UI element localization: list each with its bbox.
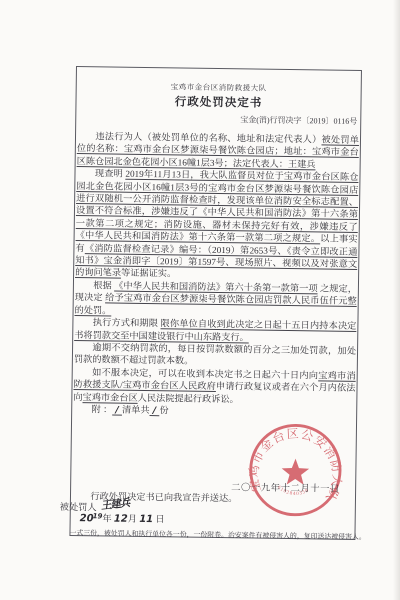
filled-blank-text: 《消防监督检查记录》编号：（2019）第2653号、《责令立即改正通知书》宝金消… [75,243,357,278]
filled-blank-text: / [150,405,160,416]
filled-blank-text: 2019年11月13日，我大队监督员对位于宝鸡市金台区陈仓园北金色花园小区16幢… [76,169,359,244]
paragraph: 逾期不交纳罚款的，每日按罚款数额的百分之三加处罚款，加处罚款的数额不超过罚款本数… [74,341,356,370]
month-label: 月 [128,514,137,524]
paragraph: 根据 《中华人民共和国消防法》第六十条第一款第一项 之规定，现决定 给予宝鸡市金… [75,279,357,320]
handwritten-day: 11 [139,514,153,525]
handwritten-year-small: 19 [93,512,103,520]
handwritten-year: 20 [80,513,94,524]
form-printed-text: 逾期不交纳罚款的，每日按罚款数额的百分之三加处罚款，加处罚款的数额不超过罚款本数… [74,342,356,366]
filled-blank-text: 给予宝鸡市金台区梦源柒号餐饮陈仓园店罚款人民币伍仟元整的处罚。 [75,293,357,315]
paragraph: 现查明 2019年11月13日，我大队监督员对位于宝鸡市金台区陈仓园北金色花园小… [75,167,359,283]
handwritten-date-line: 2019年 12月 11 日 [80,513,165,525]
document-page: 宝鸡市金台区消防救援大队 行政处罚决定书 宝金(消)行罚决字〔2019〕0116… [69,66,362,540]
paragraph: 如不服本决定，可以在收到本决定书之日起六十日内向宝鸡市消防救援支队/宝鸡市金台区… [73,366,355,407]
document-title: 行政处罚决定书 [77,95,359,112]
body-paragraphs: 违法行为人（被处罚单位的名称、地址和法定代表人）被处罚单位的名称：宝鸡市金台区梦… [73,130,359,420]
paragraph: 执行方式和期限 限你单位自收到此决定之日起十五日内持本决定书将罚款交至中国建设银… [74,316,356,345]
form-printed-text: 根据 [93,280,114,290]
decision-date: 二〇一九年十二月十一日 [231,479,340,495]
handwritten-month: 12 [114,514,128,525]
paragraph: 违法行为人（被处罚单位的名称、地址和法定代表人）被处罚单位的名称：宝鸡市金台区梦… [77,130,359,171]
filled-blank-text: 宝鸡市金台区 [83,392,138,403]
paragraph: 附 ： / 清单共 / 份 [73,403,355,420]
form-printed-text: 份 [159,405,168,415]
signer-label: 被处罚人 [60,502,97,513]
handwritten-signature: 王建兵 [100,498,130,512]
form-border-box: 宝鸡市金台区消防救援大队 行政处罚决定书 宝金(消)行罚决字〔2019〕0116… [69,66,362,540]
scanned-document: 宝鸡市金台区消防救援大队 行政处罚决定书 宝金(消)行罚决字〔2019〕0116… [0,0,400,600]
form-printed-text: 如不服本决定，可以在收到本决定书之日起六十日内向 [92,367,318,380]
document-number: 宝金(消)行罚决字〔2019〕0116号 [77,113,359,126]
form-printed-text: 现查明 [95,168,126,178]
filled-blank-text: 《中华人民共和国消防法》第六十条第一款第一项 [114,280,318,293]
issuing-unit-name: 宝鸡市金台区消防救援大队 [78,81,360,94]
form-printed-text: 附 ： [92,404,113,414]
form-printed-text: 人民法院提起行政诉讼。 [138,392,239,403]
form-printed-text: 清单共 [122,405,150,415]
form-printed-text: 等证据证实。 [121,268,176,279]
filled-blank-text: / [112,404,122,415]
year-label: 年 [102,513,111,523]
day-label: 日 [155,514,164,524]
form-printed-text: 执行方式和期限 [93,317,161,328]
form-printed-text: 违法行为人（被处罚单位的名称、地址和法定代表人） [95,131,321,144]
